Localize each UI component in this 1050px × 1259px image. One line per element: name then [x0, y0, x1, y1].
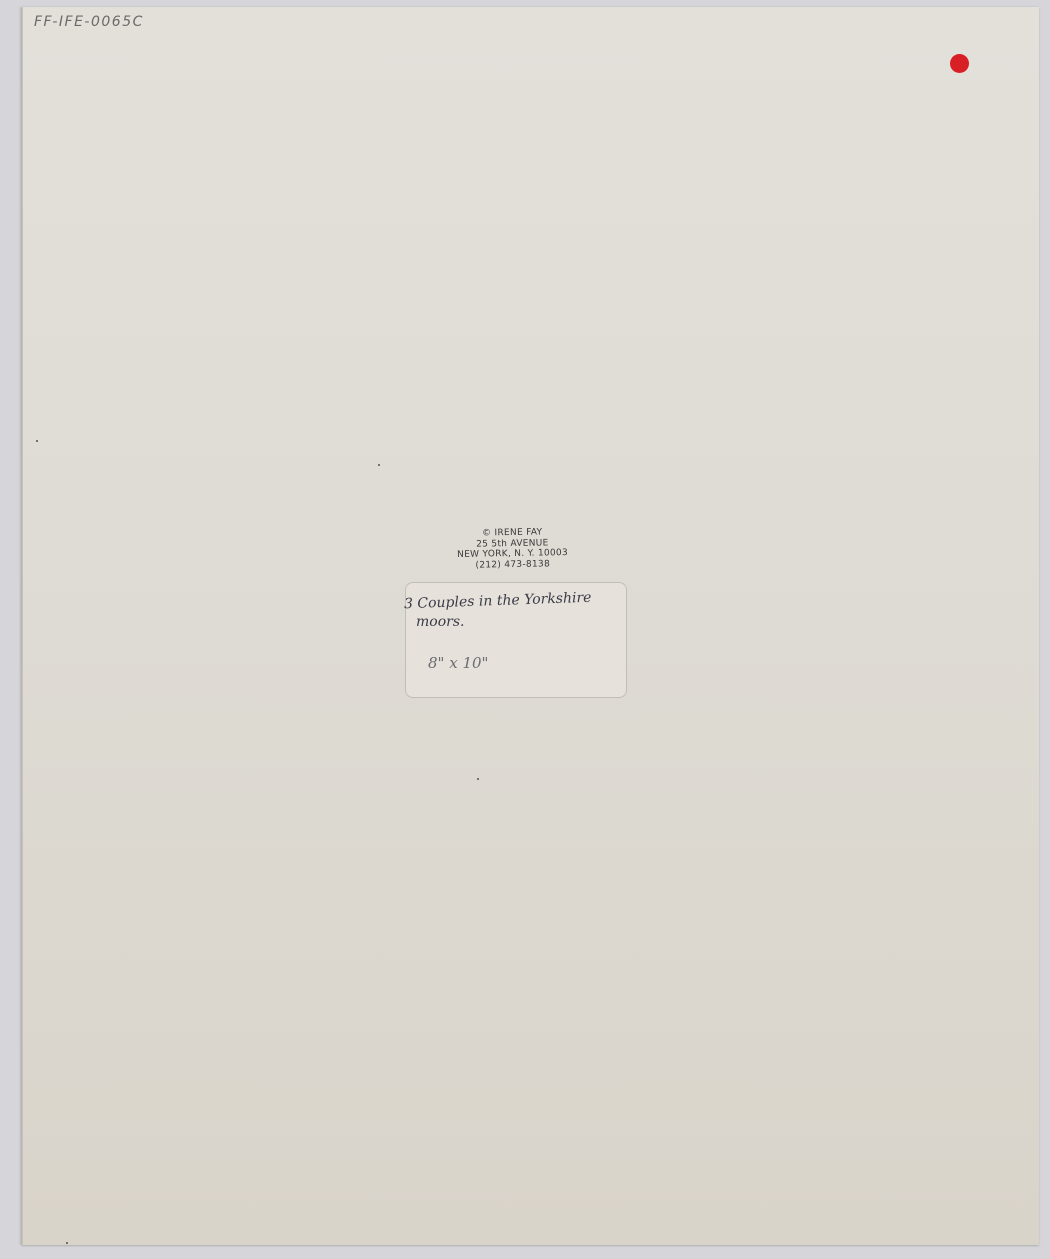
caption-size: 8" x 10" — [428, 654, 488, 672]
speck — [66, 1242, 68, 1244]
speck — [477, 778, 479, 780]
speck — [36, 440, 38, 442]
speck — [378, 464, 380, 466]
red-dot-sticker — [950, 54, 969, 73]
catalog-number: FF-IFE-0065C — [34, 14, 144, 30]
photographer-stamp: © IRENE FAY 25 5th AVENUE NEW YORK, N. Y… — [450, 527, 576, 571]
caption-title-line2: moors. — [416, 614, 464, 630]
stamp-line-city: NEW YORK, N. Y. 10003 — [450, 548, 575, 561]
stamp-line-phone: (212) 473-8138 — [450, 558, 575, 571]
